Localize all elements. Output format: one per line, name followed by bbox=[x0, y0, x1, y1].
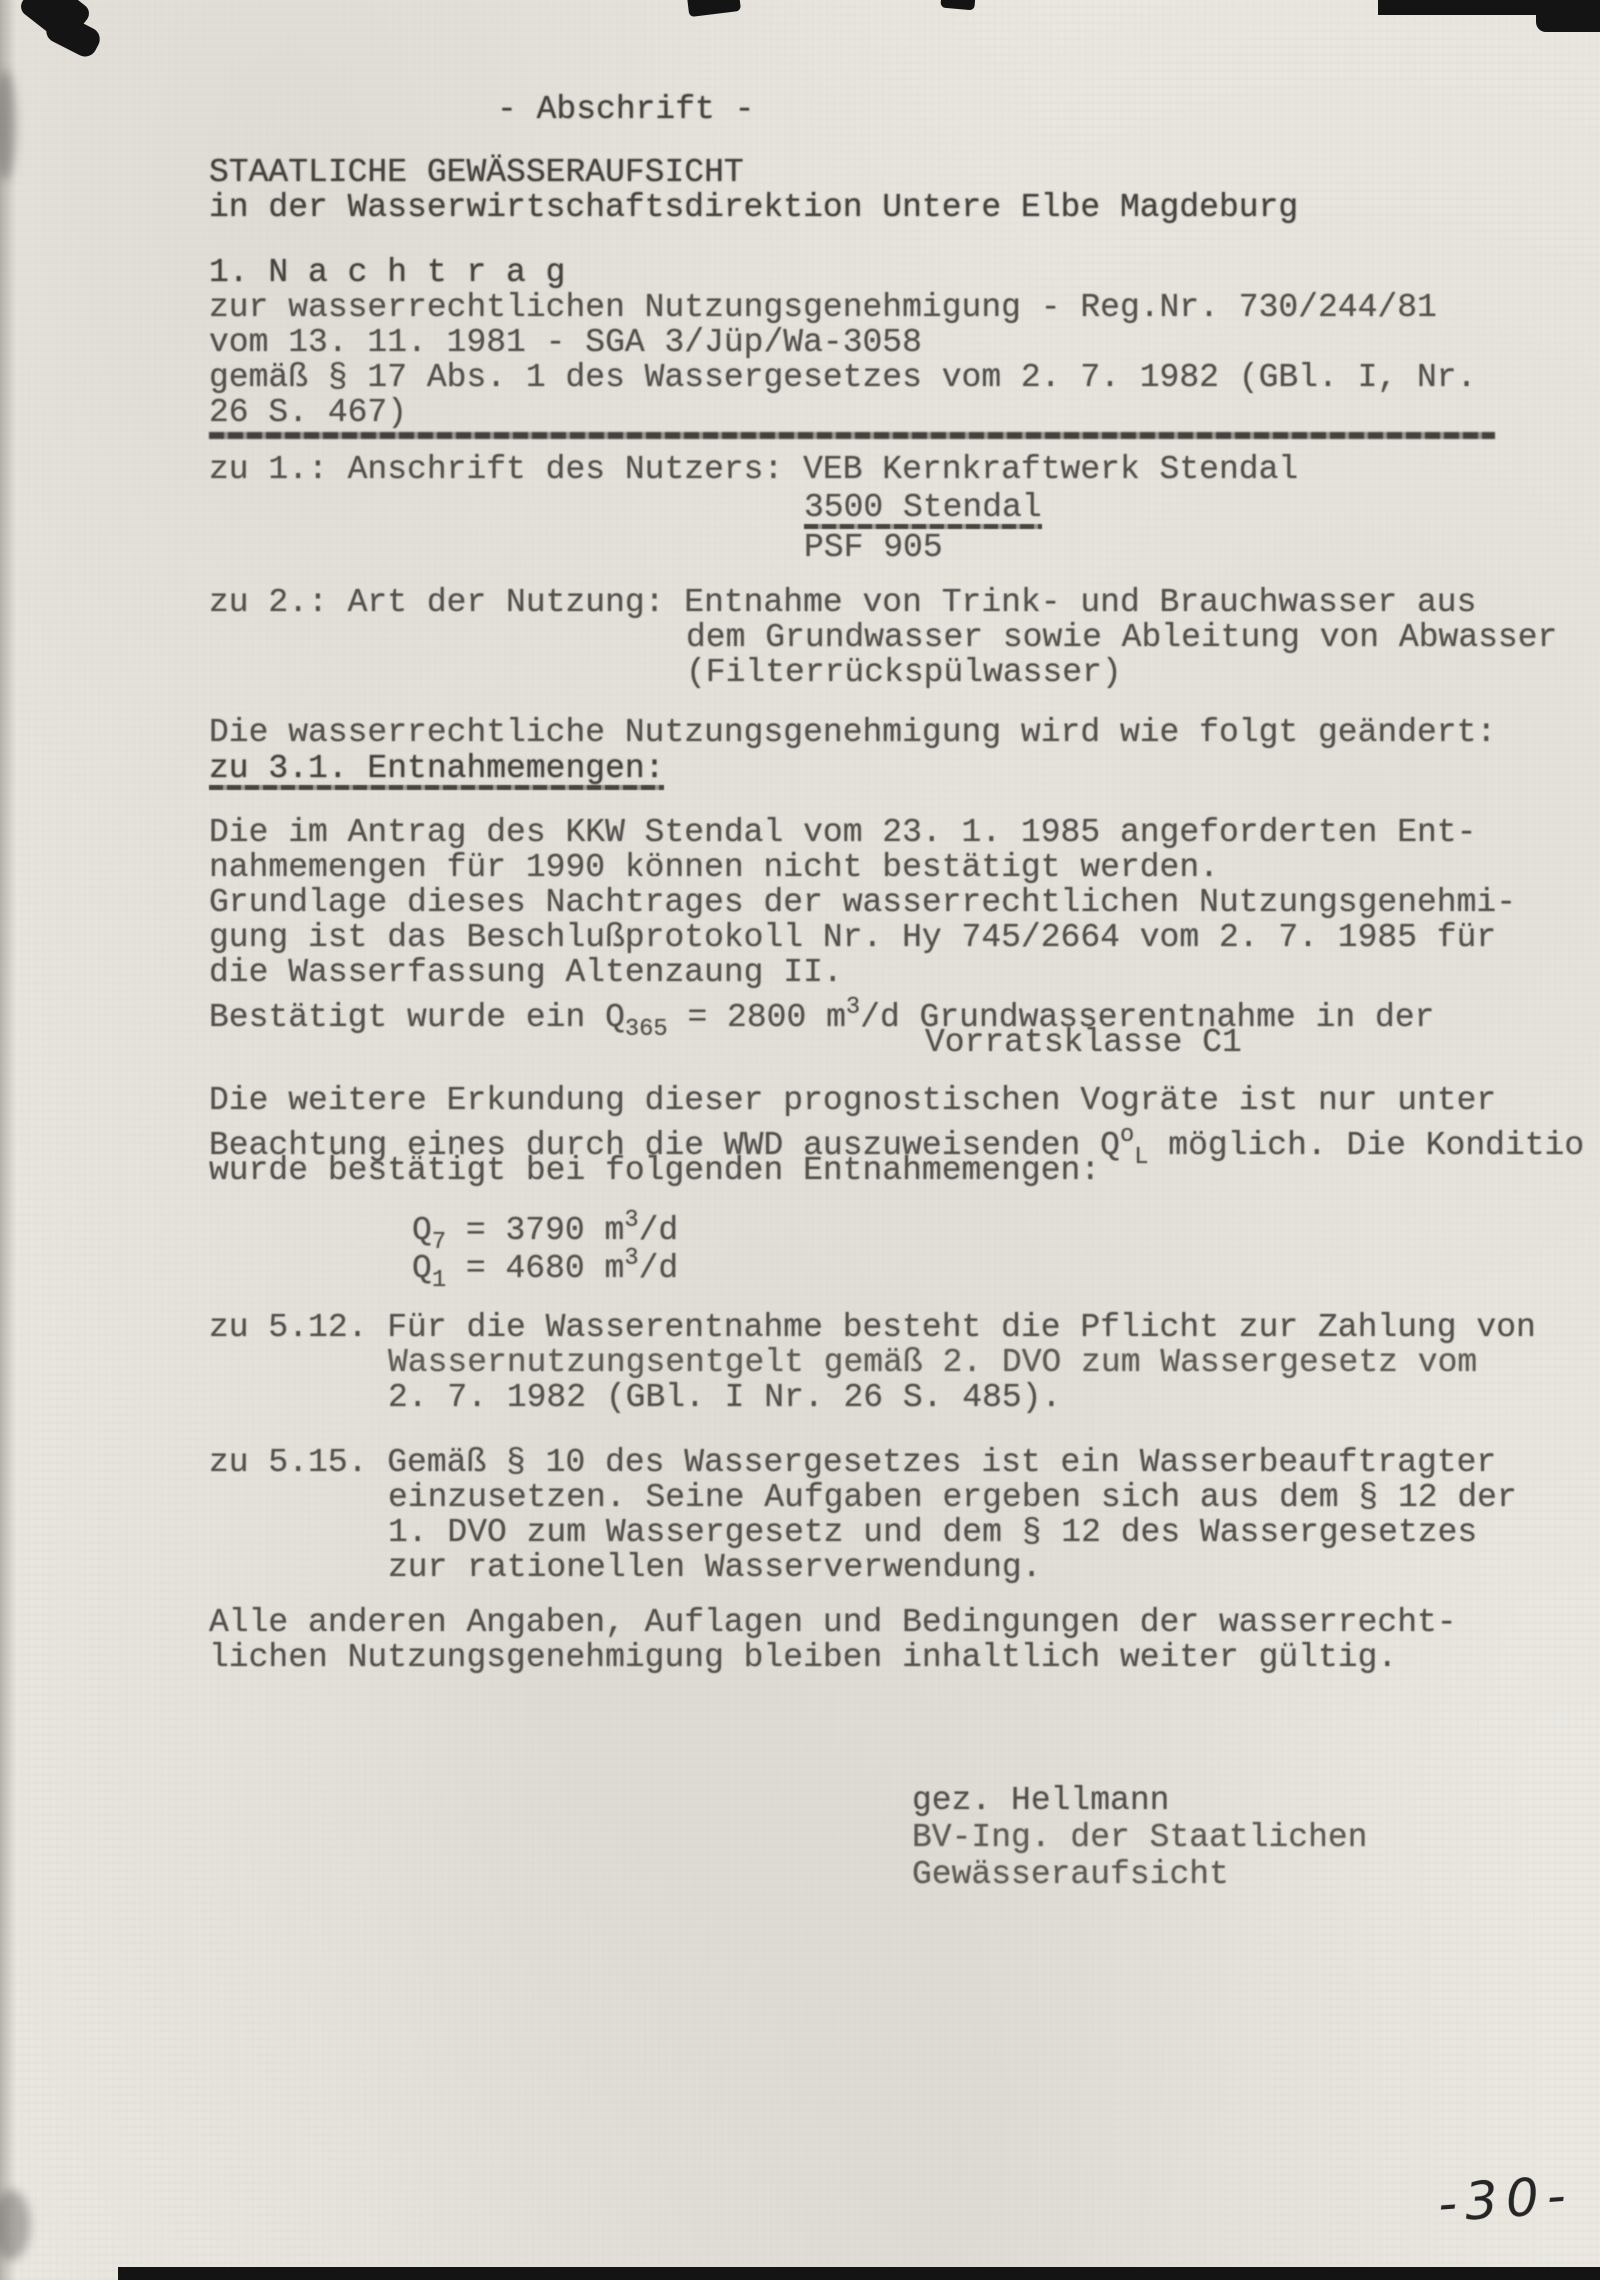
zu1-address-line-2: PSF 905 bbox=[804, 530, 943, 566]
bestaetigt-mid: = 2800 m bbox=[668, 999, 846, 1036]
subject-title: 1. N a c h t r a g bbox=[209, 255, 565, 291]
para-antrag-line-5: die Wasserfassung Altenzaung II. bbox=[209, 955, 843, 991]
zu31-heading-underlined: zu 3.1. Entnahmemengen: bbox=[209, 750, 664, 790]
para-antrag-line-2: nahmemengen für 1990 können nicht bestät… bbox=[209, 850, 1219, 886]
signature-line-2: BV-Ing. der Staatlichen bbox=[912, 1820, 1367, 1856]
subject-line-2: zur wasserrechtlichen Nutzungsgenehmigun… bbox=[209, 290, 1437, 326]
scan-left-edge-shadow bbox=[0, 0, 16, 2280]
bestaetigt-line: Bestätigt wurde ein Q365 = 2800 m3/d Gru… bbox=[209, 990, 1434, 1048]
subject-line-4: gemäß § 17 Abs. 1 des Wassergesetzes vom… bbox=[209, 360, 1476, 396]
typewritten-text-layer: - Abschrift - STAATLICHE GEWÄSSERAUFSICH… bbox=[0, 0, 1600, 2280]
address-underlined: 3500 Stendal bbox=[804, 489, 1042, 529]
para-antrag-line-3: Grundlage dieses Nachtrages der wasserre… bbox=[209, 885, 1516, 921]
zu515-line-2: einzusetzen. Seine Aufgaben ergeben sich… bbox=[388, 1480, 1517, 1516]
zu1-line: zu 1.: Anschrift des Nutzers: VEB Kernkr… bbox=[209, 452, 1298, 488]
para-erkundung-line-1: Die weitere Erkundung dieser prognostisc… bbox=[209, 1083, 1496, 1119]
q1-subscript: 1 bbox=[432, 1267, 446, 1294]
zu512-line-1: zu 5.12. Für die Wasserentnahme besteht … bbox=[209, 1310, 1536, 1346]
signature-line-1: gez. Hellmann bbox=[912, 1783, 1169, 1819]
q-superscript: o bbox=[1120, 1122, 1134, 1149]
q1-symbol: Q bbox=[412, 1250, 432, 1287]
vorratsklasse-line: Vorratsklasse C1 bbox=[925, 1025, 1242, 1061]
zu31-heading: zu 3.1. Entnahmemengen: bbox=[209, 751, 664, 787]
q-subscript-L: L bbox=[1134, 1144, 1148, 1171]
zu515-line-1: zu 5.15. Gemäß § 10 des Wassergesetzes i… bbox=[209, 1445, 1496, 1481]
zu2-line-3: (Filterrückspülwasser) bbox=[686, 655, 1122, 691]
subject-line-5: 26 S. 467) bbox=[209, 395, 407, 431]
q1-exponent: 3 bbox=[624, 1245, 638, 1272]
bestaetigt-pre: Bestätigt wurde ein Q bbox=[209, 999, 625, 1036]
para-antrag-line-4: gung ist das Beschlußprotokoll Nr. Hy 74… bbox=[209, 920, 1496, 956]
scanned-document-page: - Abschrift - STAATLICHE GEWÄSSERAUFSICH… bbox=[0, 0, 1600, 2280]
scan-artifact-bottom-bar bbox=[118, 2267, 1600, 2280]
zu1-address-line-1: 3500 Stendal bbox=[804, 490, 1042, 526]
subject-underline-rule bbox=[209, 432, 1495, 439]
signature-line-3: Gewässeraufsicht bbox=[912, 1857, 1229, 1893]
zu515-line-3: 1. DVO zum Wassergesetz und dem § 12 des… bbox=[388, 1515, 1477, 1551]
copy-label: - Abschrift - bbox=[497, 92, 754, 128]
zu512-line-2: Wassernutzungsentgelt gemäß 2. DVO zum W… bbox=[388, 1345, 1477, 1381]
handwritten-page-number: -30- bbox=[1436, 2165, 1576, 2234]
closing-line-1: Alle anderen Angaben, Auflagen und Bedin… bbox=[209, 1605, 1457, 1641]
authority-line-2: in der Wasserwirtschaftsdirektion Untere… bbox=[209, 190, 1298, 226]
para-erkundung-line-3: wurde bestätigt bei folgenden Entnahmeme… bbox=[209, 1153, 1100, 1189]
closing-line-2: lichen Nutzungsgenehmigung bleiben inhal… bbox=[209, 1640, 1397, 1676]
amendment-intro: Die wasserrechtliche Nutzungsgenehmigung… bbox=[209, 715, 1496, 751]
scan-artifact-top-right-corner bbox=[1536, 0, 1600, 32]
erkundung-post: möglich. Die Konditio bbox=[1148, 1127, 1584, 1164]
zu512-line-3: 2. 7. 1982 (GBl. I Nr. 26 S. 485). bbox=[388, 1380, 1061, 1416]
zu515-line-4: zur rationellen Wasserverwendung. bbox=[388, 1550, 1042, 1586]
authority-line-1: STAATLICHE GEWÄSSERAUFSICHT bbox=[209, 155, 744, 191]
zu2-line-2: dem Grundwasser sowie Ableitung von Abwa… bbox=[686, 620, 1557, 656]
zu2-line-1: zu 2.: Art der Nutzung: Entnahme von Tri… bbox=[209, 585, 1476, 621]
cubic-meter-exponent: 3 bbox=[846, 994, 860, 1021]
q1-value-line: Q1 = 4680 m3/d bbox=[412, 1241, 678, 1299]
para-antrag-line-1: Die im Antrag des KKW Stendal vom 23. 1.… bbox=[209, 815, 1476, 851]
q7-exponent: 3 bbox=[624, 1207, 638, 1234]
q1-equation: = 4680 m bbox=[446, 1250, 624, 1287]
q1-unit: /d bbox=[639, 1250, 679, 1287]
q365-subscript: 365 bbox=[625, 1016, 668, 1043]
subject-line-3: vom 13. 11. 1981 - SGA 3/Jüp/Wa-3058 bbox=[209, 325, 922, 361]
